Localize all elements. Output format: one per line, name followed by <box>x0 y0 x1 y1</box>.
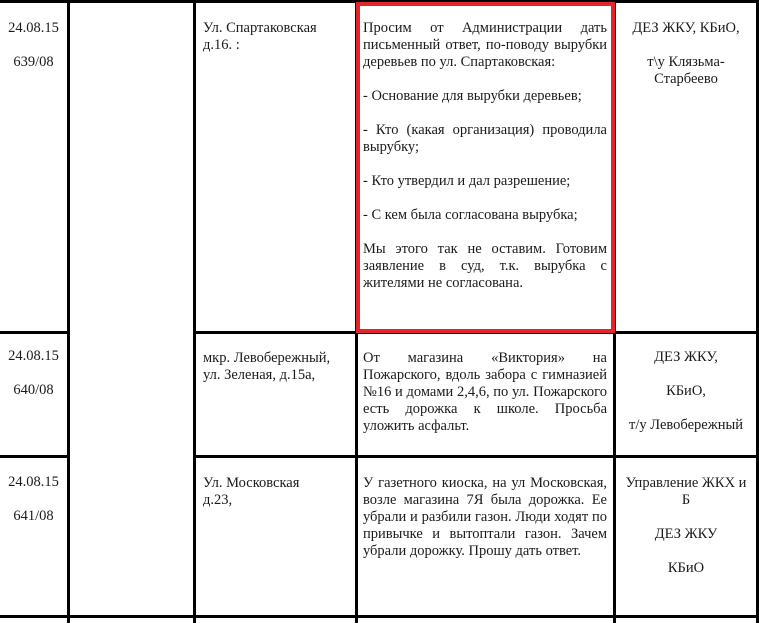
responsible-cell: Управление ЖКХ и Б ДЕЗ ЖКУ КБиО <box>616 475 756 577</box>
responsible-cell: ДЕЗ ЖКУ, КБиО, т/у Левобережный <box>616 349 756 434</box>
reg-number: 640/08 <box>0 382 67 399</box>
request-cell: У газетного киоска, на ул Московская, во… <box>363 475 607 560</box>
date: 24.08.15 <box>0 474 67 491</box>
address-cell: Ул. Московская д.23, <box>203 475 353 509</box>
row-divider-1 <box>0 331 69 334</box>
responsible-line: КБиО <box>616 560 756 577</box>
request-paragraph: - Основание для вырубки деревьев; <box>363 88 607 105</box>
address-line: Ул. Московская <box>203 475 353 492</box>
table-border-top <box>0 0 759 3</box>
request-paragraph: - Кто (какая организация) проводила выру… <box>363 122 607 156</box>
date-cell: 24.08.15 641/08 <box>0 474 67 525</box>
responsible-line: КБиО, <box>616 383 756 400</box>
address-line: мкр. Левобережный, <box>203 350 353 367</box>
request-paragraph: - Кто утвердил и дал разрешение; <box>363 173 607 190</box>
responsible-cell: ДЕЗ ЖКУ, КБиО, т\у Клязьма-Старбеево <box>616 20 756 88</box>
address-line: Ул. Спартаковская <box>203 20 353 37</box>
row-divider-2b <box>193 455 759 458</box>
responsible-line: ДЕЗ ЖКУ <box>616 526 756 543</box>
row-divider-2 <box>0 455 69 458</box>
request-paragraph: От магазина «Виктория» на Пожарского, вд… <box>363 350 607 435</box>
address-line: д.16. : <box>203 37 353 54</box>
address-line: ул. Зеленая, д.15а, <box>203 367 353 384</box>
col-divider-2 <box>193 0 196 623</box>
request-paragraph: У газетного киоска, на ул Московская, во… <box>363 475 607 560</box>
request-paragraph: Мы этого так не оставим. Готовим заявлен… <box>363 241 607 292</box>
responsible-line: ДЕЗ ЖКУ, <box>616 349 756 366</box>
table-border-bottom <box>0 615 759 618</box>
col-divider-3 <box>355 0 358 623</box>
request-paragraph: Просим от Администрации дать письменный … <box>363 20 607 71</box>
row-divider-1b <box>193 331 759 334</box>
responsible-line: т\у Клязьма-Старбеево <box>616 54 756 88</box>
request-cell: От магазина «Виктория» на Пожарского, вд… <box>363 350 607 435</box>
col-divider-1 <box>67 0 70 623</box>
reg-number: 641/08 <box>0 508 67 525</box>
date: 24.08.15 <box>0 20 67 37</box>
date: 24.08.15 <box>0 348 67 365</box>
responsible-line: ДЕЗ ЖКУ, КБиО, <box>616 20 756 37</box>
address-line: д.23, <box>203 492 353 509</box>
address-cell: Ул. Спартаковская д.16. : <box>203 20 353 54</box>
responsible-line: т/у Левобережный <box>616 417 756 434</box>
address-cell: мкр. Левобережный, ул. Зеленая, д.15а, <box>203 350 353 384</box>
reg-number: 639/08 <box>0 54 67 71</box>
date-cell: 24.08.15 639/08 <box>0 20 67 71</box>
request-cell: Просим от Администрации дать письменный … <box>363 20 607 292</box>
request-paragraph: - С кем была согласована вырубка; <box>363 207 607 224</box>
date-cell: 24.08.15 640/08 <box>0 348 67 399</box>
responsible-line: Управление ЖКХ и Б <box>616 475 756 509</box>
